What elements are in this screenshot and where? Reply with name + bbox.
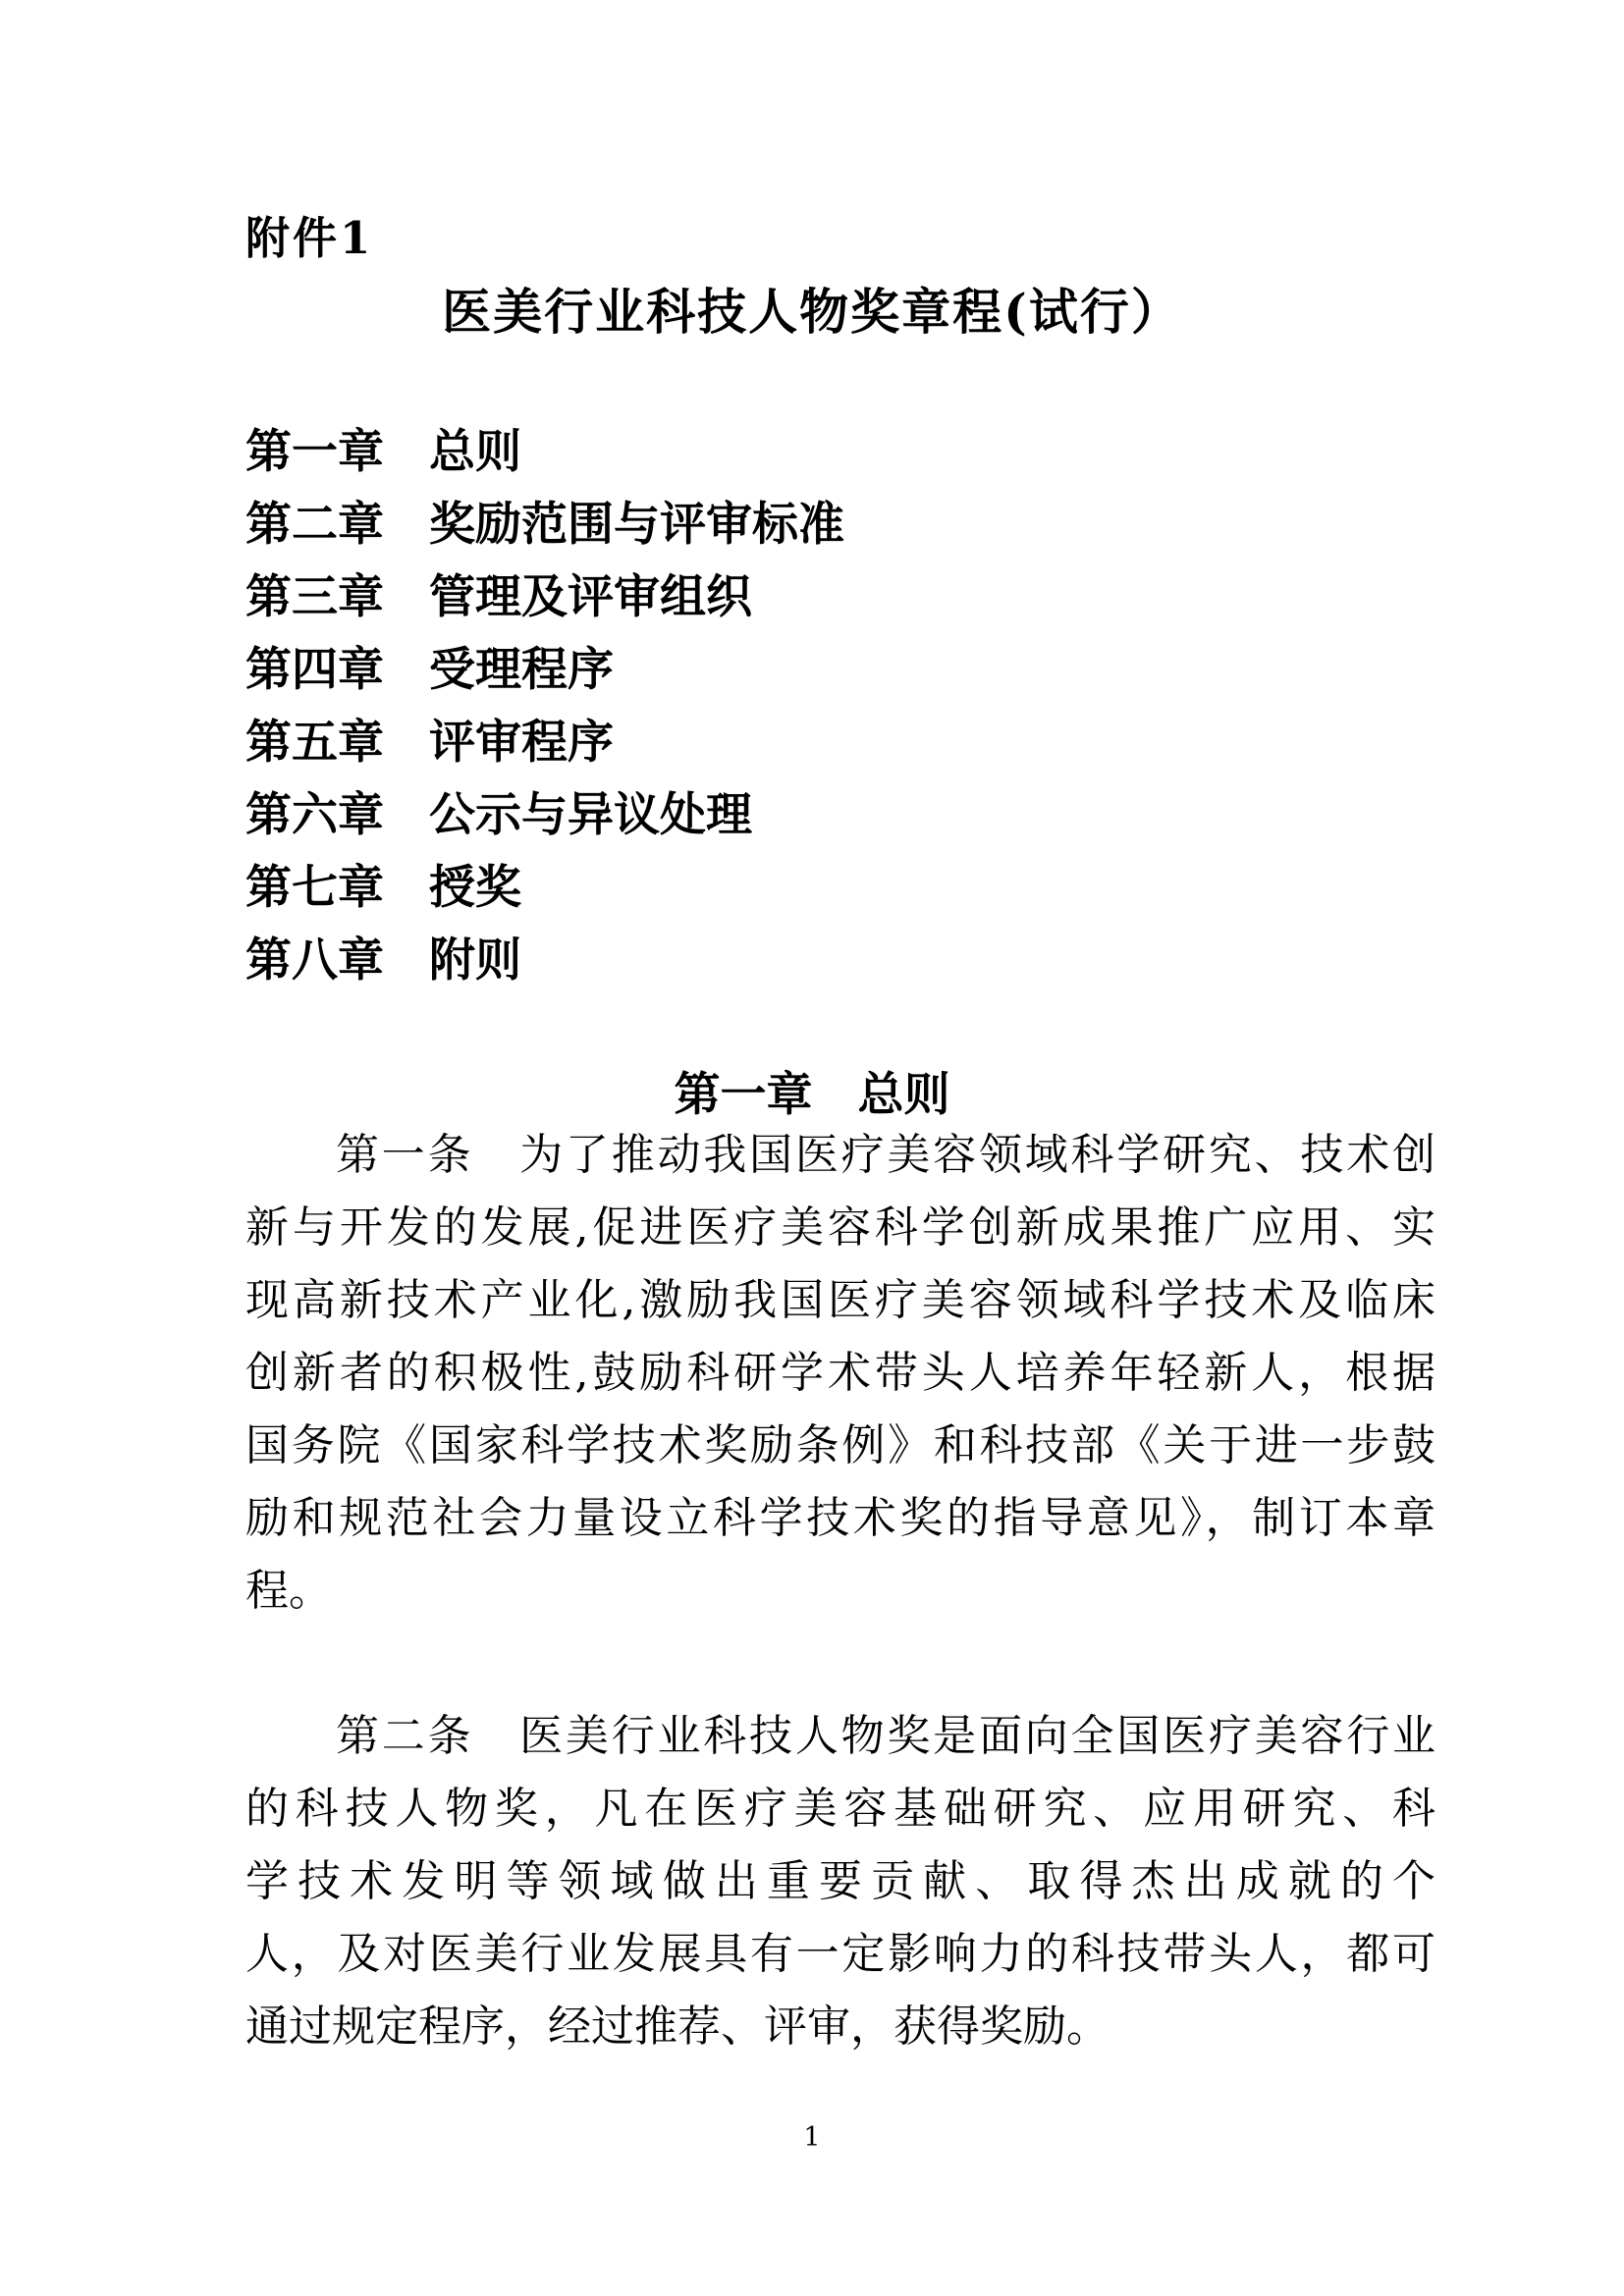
toc-chapter-number: 第八章 bbox=[245, 934, 384, 988]
toc-chapter-title: 受理程序 bbox=[429, 643, 614, 697]
paragraph-1-line: 现高新技术产业化,激励我国医疗美容领域科学技术及临床 bbox=[245, 1264, 1435, 1337]
table-of-contents: 第一章总则 第二章奖励范围与评审标准 第三章管理及评审组织 第四章受理程序 第五… bbox=[245, 416, 844, 997]
document-page: 附件1 医美行业科技人物奖章程(试行） 第一章总则 第二章奖励范围与评审标准 第… bbox=[0, 0, 1624, 2296]
paragraph-1-line: 新与开发的发展,促进医疗美容科学创新成果推广应用、实 bbox=[245, 1192, 1435, 1264]
paragraph-1-line: 创新者的积极性,鼓励科研学术带头人培养年轻新人，根据 bbox=[245, 1337, 1435, 1410]
toc-chapter-number: 第四章 bbox=[245, 643, 384, 697]
chapter-heading-number: 第一章 bbox=[675, 1068, 813, 1122]
paragraph-2-line: 通过规定程序，经过推荐、评审，获得奖励。 bbox=[245, 1991, 1435, 2063]
toc-chapter-number: 第三章 bbox=[245, 570, 384, 624]
toc-chapter-number: 第二章 bbox=[245, 498, 384, 552]
paragraph-1-line: 第一条 为了推动我国医疗美容领域科学研究、技术创 bbox=[245, 1119, 1435, 1192]
toc-row-chapter-6: 第六章公示与异议处理 bbox=[245, 779, 844, 852]
toc-chapter-title: 附则 bbox=[429, 934, 521, 988]
chapter-1-heading: 第一章总则 bbox=[0, 1058, 1624, 1124]
toc-row-chapter-5: 第五章评审程序 bbox=[245, 707, 844, 779]
body-text: 第一条 为了推动我国医疗美容领域科学研究、技术创 新与开发的发展,促进医疗美容科… bbox=[245, 1119, 1435, 2063]
blank-line bbox=[245, 1628, 1435, 1700]
paragraph-1-line: 国务院《国家科学技术奖励条例》和科技部《关于进一步鼓 bbox=[245, 1410, 1435, 1482]
page-number: 1 bbox=[0, 2122, 1624, 2153]
toc-chapter-title: 公示与异议处理 bbox=[429, 788, 752, 842]
toc-row-chapter-2: 第二章奖励范围与评审标准 bbox=[245, 489, 844, 561]
paragraph-2-line: 人，及对医美行业发展具有一定影响力的科技带头人，都可 bbox=[245, 1918, 1435, 1991]
toc-row-chapter-4: 第四章受理程序 bbox=[245, 634, 844, 707]
toc-chapter-number: 第六章 bbox=[245, 788, 384, 842]
toc-row-chapter-3: 第三章管理及评审组织 bbox=[245, 561, 844, 634]
paragraph-2-line: 第二条 医美行业科技人物奖是面向全国医疗美容行业 bbox=[245, 1700, 1435, 1773]
chapter-heading-title: 总则 bbox=[858, 1068, 950, 1122]
toc-chapter-title: 总则 bbox=[429, 425, 521, 479]
paragraph-1-line: 励和规范社会力量设立科学技术奖的指导意见》，制订本章 bbox=[245, 1482, 1435, 1555]
toc-row-chapter-1: 第一章总则 bbox=[245, 416, 844, 489]
toc-chapter-number: 第七章 bbox=[245, 861, 384, 915]
paragraph-1-line: 程。 bbox=[245, 1555, 1435, 1628]
toc-row-chapter-8: 第八章附则 bbox=[245, 925, 844, 997]
toc-chapter-title: 授奖 bbox=[429, 861, 521, 915]
toc-row-chapter-7: 第七章授奖 bbox=[245, 852, 844, 925]
toc-chapter-number: 第一章 bbox=[245, 425, 384, 479]
toc-chapter-title: 奖励范围与评审标准 bbox=[429, 498, 844, 552]
document-title: 医美行业科技人物奖章程(试行） bbox=[0, 273, 1624, 344]
attachment-label: 附件1 bbox=[245, 202, 373, 266]
paragraph-2-line: 的科技人物奖，凡在医疗美容基础研究、应用研究、科 bbox=[245, 1773, 1435, 1845]
toc-chapter-title: 管理及评审组织 bbox=[429, 570, 752, 624]
toc-chapter-number: 第五章 bbox=[245, 716, 384, 770]
paragraph-2-line: 学技术发明等领域做出重要贡献、取得杰出成就的个 bbox=[245, 1845, 1435, 1918]
toc-chapter-title: 评审程序 bbox=[429, 716, 614, 770]
